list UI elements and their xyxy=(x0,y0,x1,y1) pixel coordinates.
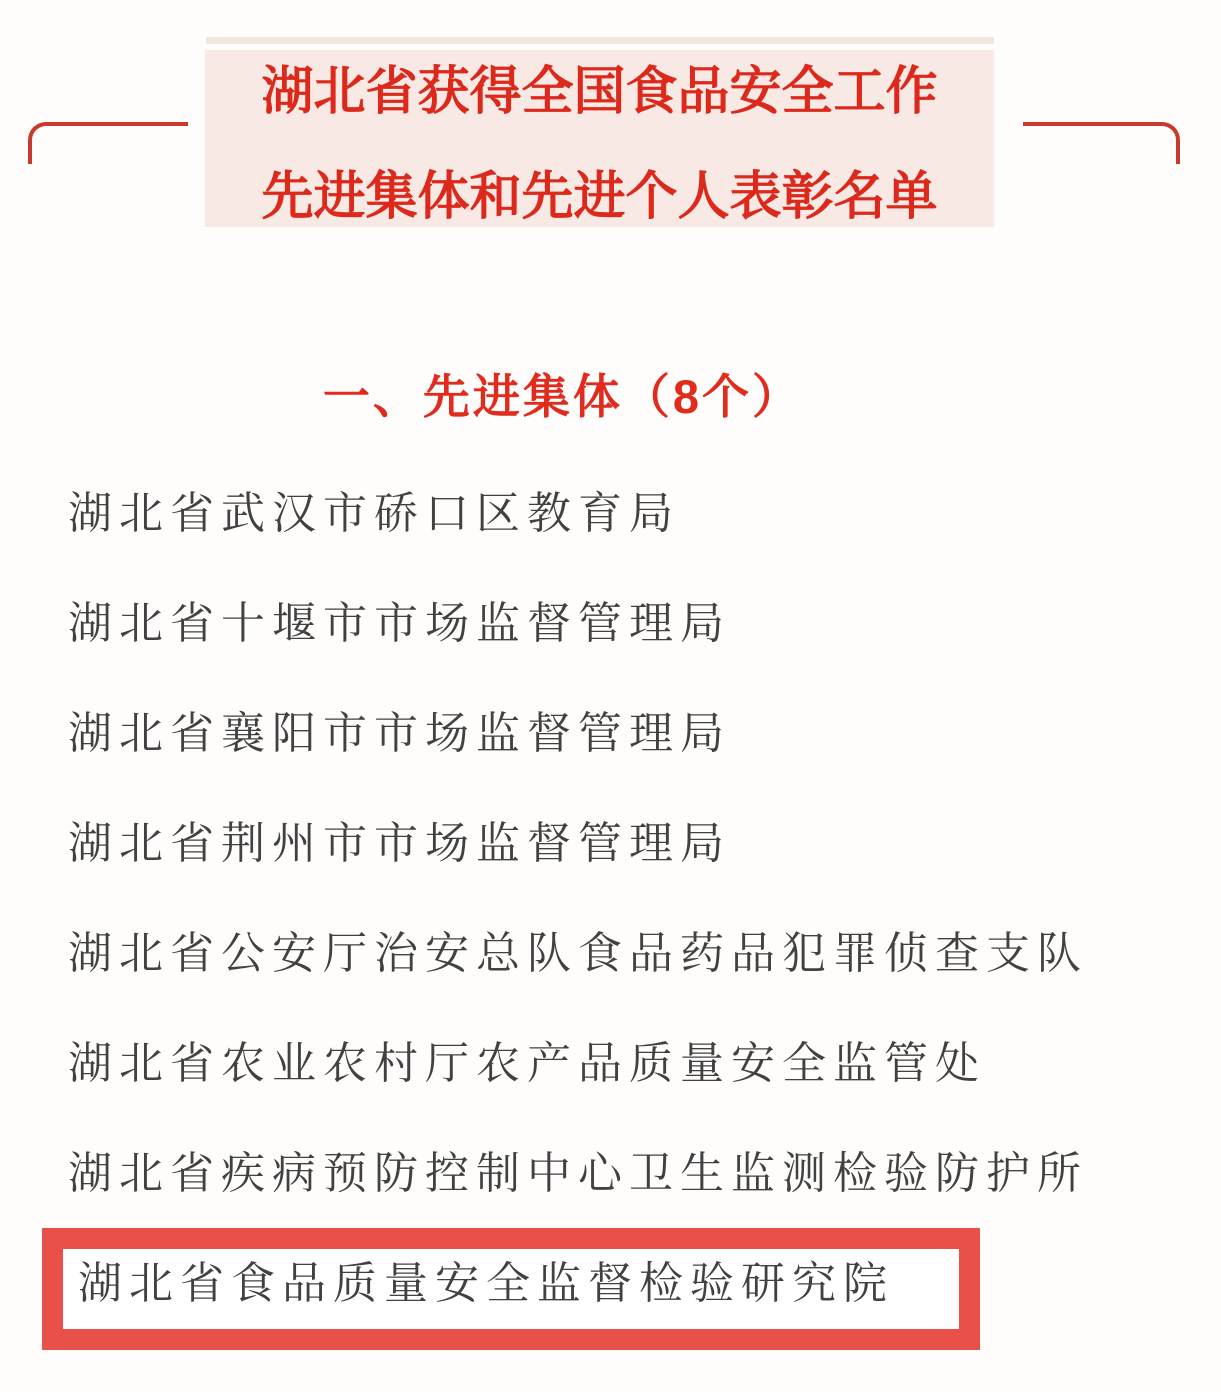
left-corner-line xyxy=(28,122,188,164)
title-line-2: 先进集体和先进个人表彰名单 xyxy=(205,171,994,223)
title-panel: 湖北省获得全国食品安全工作 先进集体和先进个人表彰名单 xyxy=(205,50,994,227)
list-item: 湖北省十堰市市场监督管理局 xyxy=(68,602,731,646)
document-page: 湖北省获得全国食品安全工作 先进集体和先进个人表彰名单 一、先进集体（8个） 湖… xyxy=(0,0,1221,1392)
list-item: 湖北省农业农村厅农产品质量安全监管处 xyxy=(68,1042,986,1086)
right-corner-line xyxy=(1023,122,1180,164)
top-divider-strip xyxy=(206,37,994,44)
list-item-highlighted: 湖北省食品质量安全监督检验研究院 xyxy=(78,1262,894,1306)
title-line-1: 湖北省获得全国食品安全工作 xyxy=(205,66,994,118)
list-item: 湖北省襄阳市市场监督管理局 xyxy=(68,712,731,756)
section-heading: 一、先进集体（8个） xyxy=(0,371,1173,423)
list-item: 湖北省荆州市市场监督管理局 xyxy=(68,822,731,866)
list-item: 湖北省公安厅治安总队食品药品犯罪侦查支队 xyxy=(68,932,1088,976)
list-item: 湖北省疾病预防控制中心卫生监测检验防护所 xyxy=(68,1152,1088,1196)
list-item: 湖北省武汉市硚口区教育局 xyxy=(68,492,680,536)
